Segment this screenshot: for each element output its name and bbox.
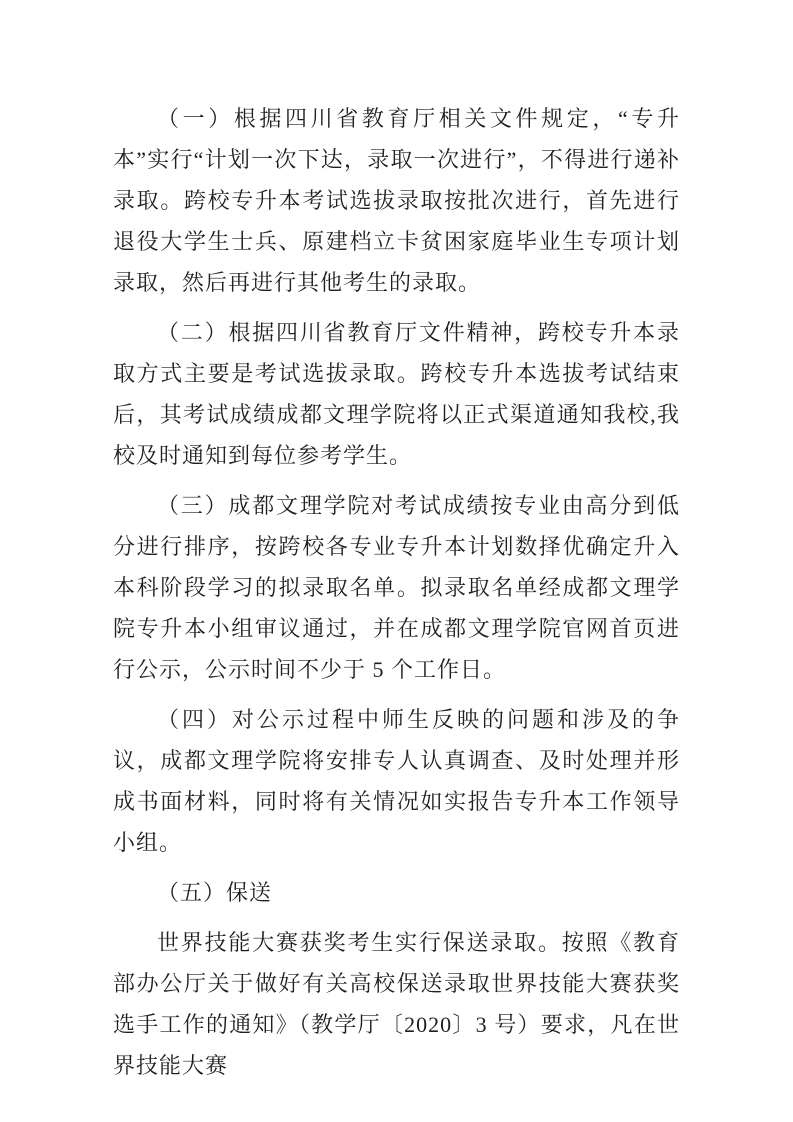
paragraph-1: （一）根据四川省教育厅相关文件规定，“专升本”实行“计划一次下达，录取一次进行”… — [113, 98, 680, 303]
paragraph-3: （三）成都文理学院对考试成绩按专业由高分到低分进行排序，按跨校各专业专升本计划数… — [113, 485, 680, 690]
paragraph-5-heading: （五）保送 — [113, 872, 680, 913]
paragraph-6: 世界技能大赛获奖考生实行保送录取。按照《教育部办公厅关于做好有关高校保送录取世界… — [113, 922, 680, 1086]
paragraph-2: （二）根据四川省教育厅文件精神，跨校专升本录取方式主要是考试选拔录取。跨校专升本… — [113, 312, 680, 476]
paragraph-4: （四）对公示过程中师生反映的问题和涉及的争议，成都文理学院将安排专人认真调查、及… — [113, 699, 680, 863]
document-page: （一）根据四川省教育厅相关文件规定，“专升本”实行“计划一次下达，录取一次进行”… — [0, 0, 793, 1122]
